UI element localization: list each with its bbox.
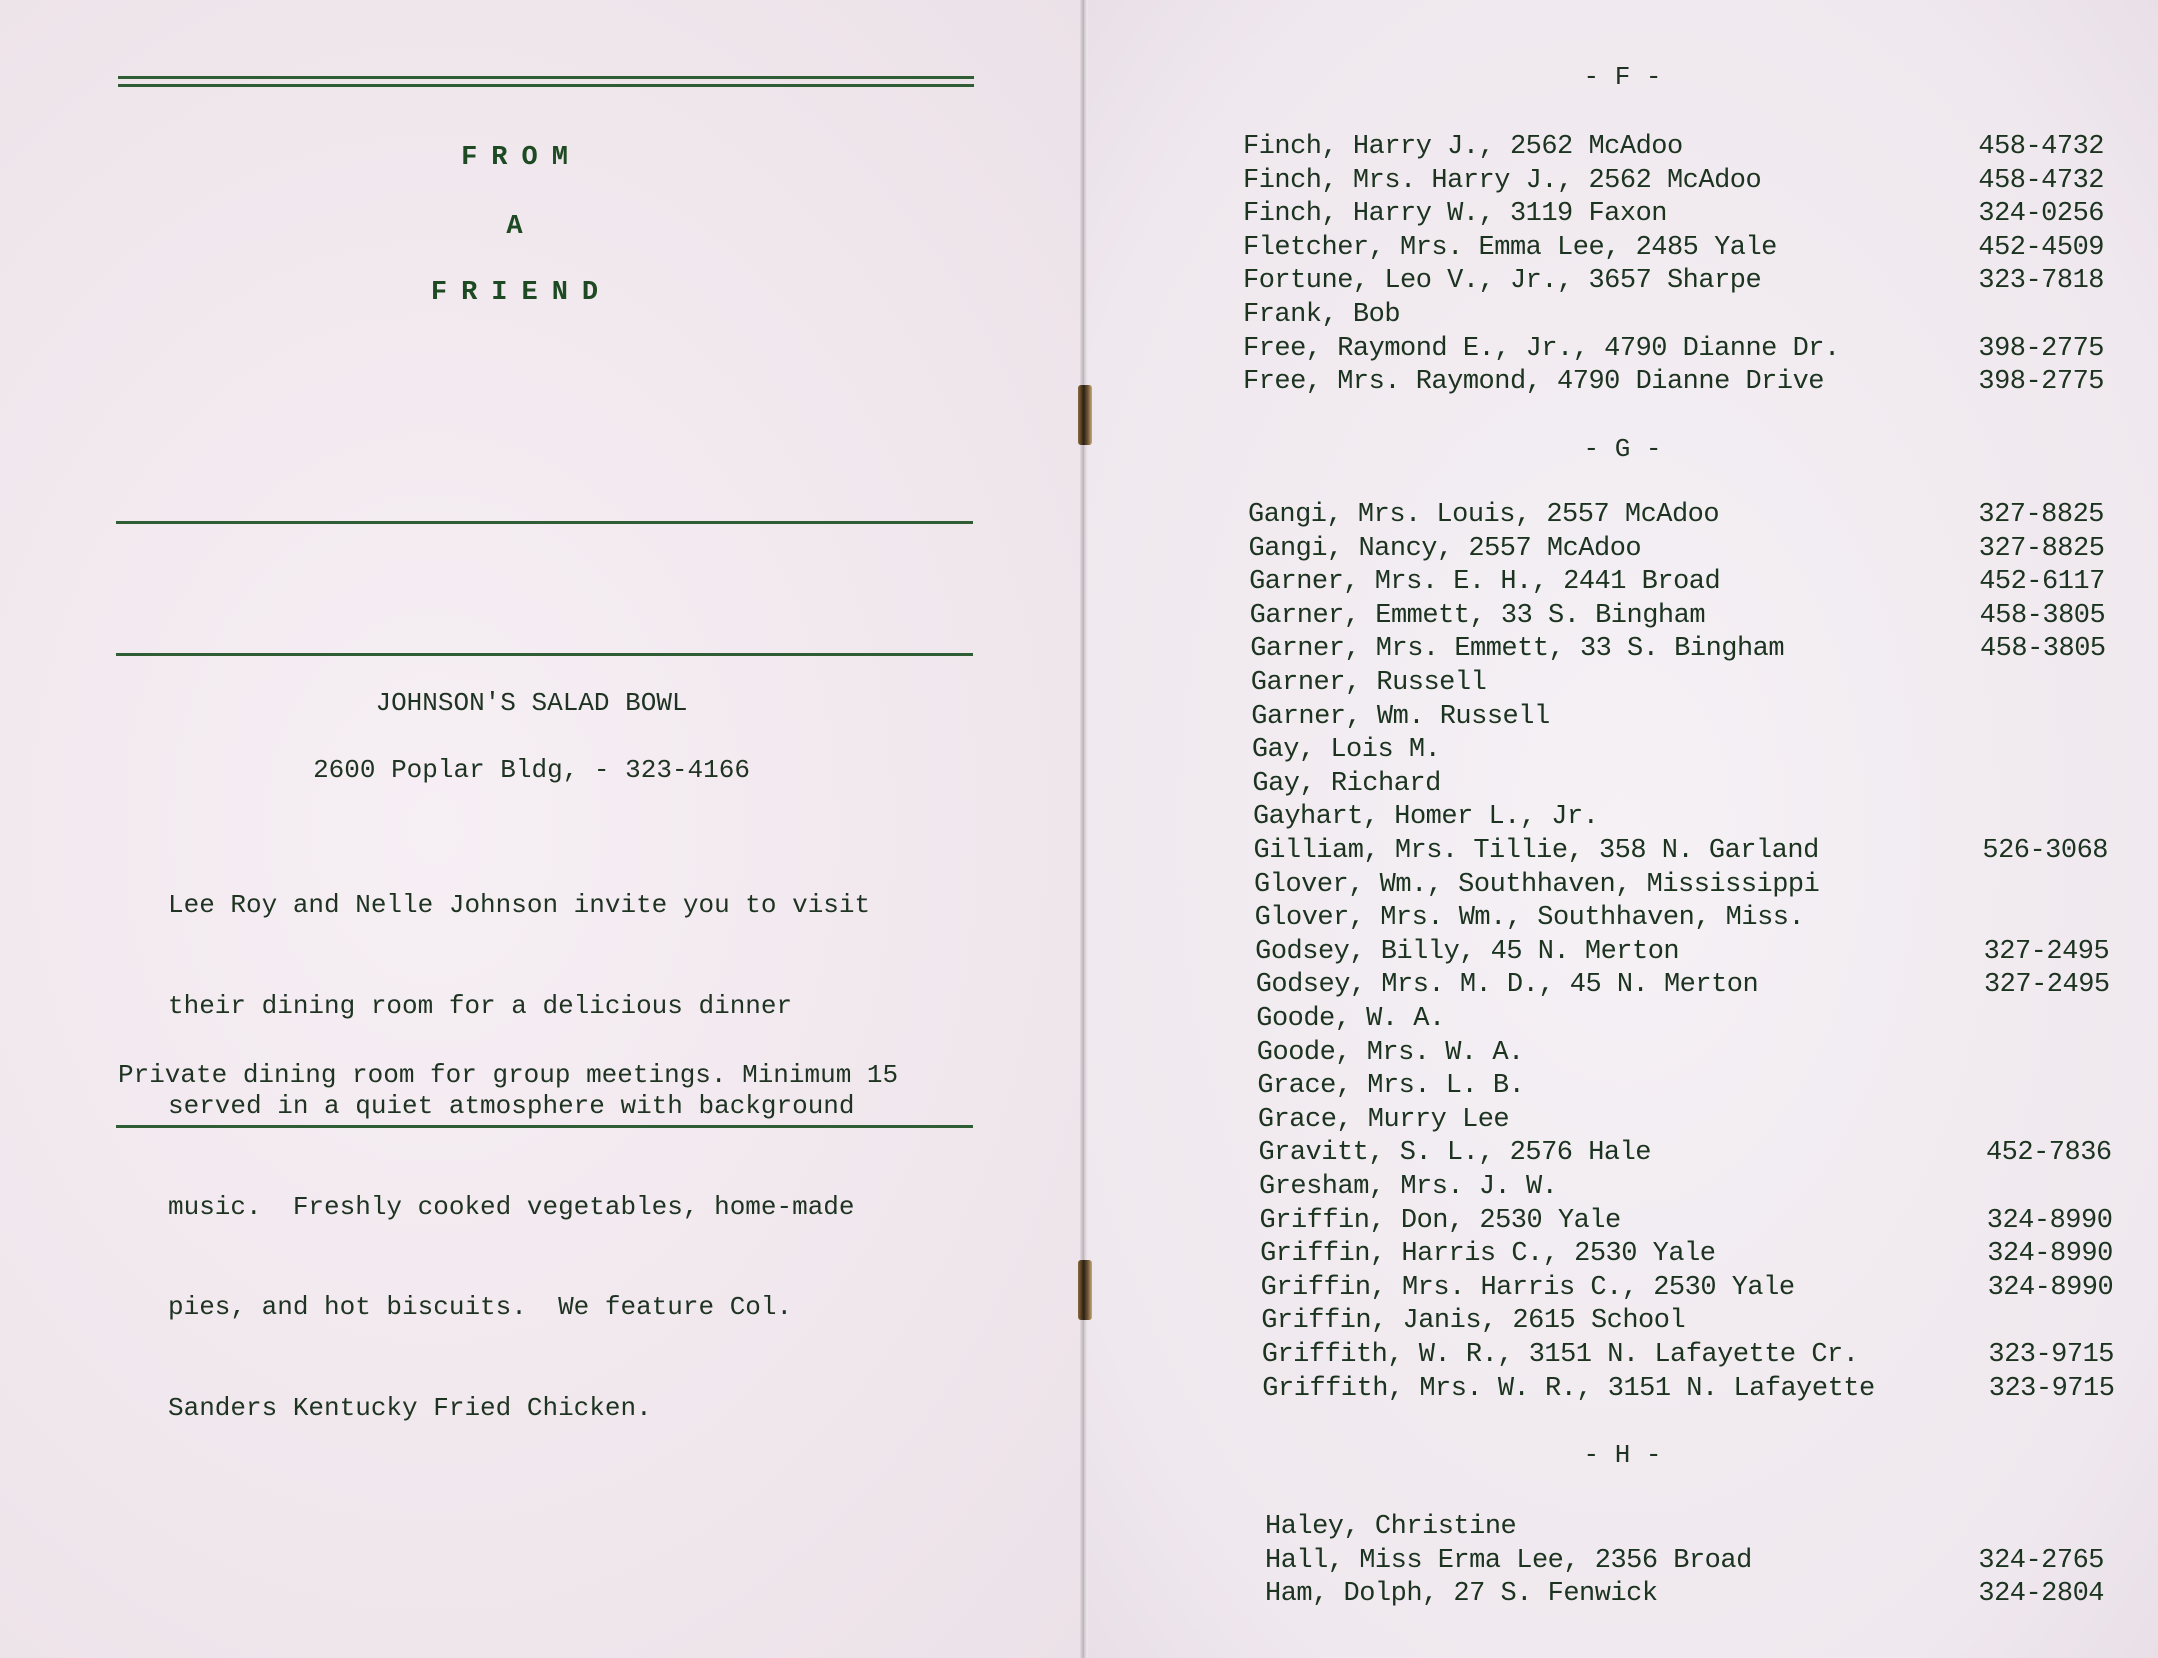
directory-entry-phone: 458-3805 bbox=[1980, 634, 2106, 664]
directory-entry-name: Gangi, Mrs. Louis, 2557 McAdoo bbox=[1248, 500, 1719, 530]
ad1-top-rule bbox=[118, 76, 974, 79]
directory-entry-name: Frank, Bob bbox=[1243, 300, 1400, 330]
directory-entry-name: Fortune, Leo V., Jr., 3657 Sharpe bbox=[1243, 266, 1761, 296]
directory-entry-name: Garner, Mrs. Emmett, 33 S. Bingham bbox=[1250, 634, 1784, 664]
directory-entry-name: Goode, Mrs. W. A. bbox=[1257, 1038, 1524, 1068]
directory-entry-phone: 324-8990 bbox=[1988, 1273, 2114, 1303]
directory-entry-phone: 458-4732 bbox=[1978, 132, 2104, 162]
directory-entry-name: Glover, Wm., Southhaven, Mississippi bbox=[1254, 870, 1819, 900]
directory-entry-name: Grace, Mrs. L. B. bbox=[1257, 1071, 1524, 1101]
directory-entry-phone: 324-0256 bbox=[1978, 199, 2104, 229]
directory-entry-name: Fletcher, Mrs. Emma Lee, 2485 Yale bbox=[1243, 233, 1777, 263]
section-heading: - G - bbox=[1087, 434, 2158, 464]
directory-entry-name: Garner, Emmett, 33 S. Bingham bbox=[1250, 601, 1705, 631]
ad1-line-1: FROM bbox=[0, 143, 1063, 173]
description-line: music. Freshly cooked vegetables, home-m… bbox=[168, 1191, 870, 1225]
directory-entry-phone: 324-8990 bbox=[1987, 1206, 2113, 1236]
business-description: Lee Roy and Nelle Johnson invite you to … bbox=[168, 822, 870, 1459]
directory-entry-name: Gresham, Mrs. J. W. bbox=[1259, 1172, 1557, 1202]
directory-entry-name: Garner, Russell bbox=[1251, 668, 1487, 698]
directory-entry-name: Griffith, W. R., 3151 N. Lafayette Cr. bbox=[1262, 1340, 1859, 1370]
directory-entry-phone: 324-8990 bbox=[1987, 1239, 2113, 1269]
directory-entry-phone: 452-4509 bbox=[1978, 233, 2104, 263]
description-line: pies, and hot biscuits. We feature Col. bbox=[168, 1291, 870, 1325]
directory-entry-phone: 323-7818 bbox=[1978, 266, 2104, 296]
directory-entry-phone: 327-8825 bbox=[1979, 534, 2105, 564]
business-address-phone: 2600 Poplar Bldg, - 323-4166 bbox=[0, 755, 1073, 785]
directory-entry-name: Gangi, Nancy, 2557 McAdoo bbox=[1249, 534, 1642, 564]
directory-entry-phone: 327-8825 bbox=[1978, 500, 2104, 530]
directory-entry-name: Griffin, Janis, 2615 School bbox=[1261, 1306, 1685, 1336]
directory-entry-name: Gay, Richard bbox=[1252, 769, 1440, 799]
staple-bottom bbox=[1078, 1260, 1092, 1320]
directory-entry-phone: 327-2495 bbox=[1984, 970, 2110, 1000]
directory-entry-name: Free, Raymond E., Jr., 4790 Dianne Dr. bbox=[1243, 334, 1840, 364]
ad2-bottom-rule bbox=[116, 1125, 973, 1128]
directory-entry-name: Grace, Murry Lee bbox=[1258, 1105, 1509, 1135]
description-line: Sanders Kentucky Fried Chicken. bbox=[168, 1392, 870, 1426]
directory-entry-name: Griffith, Mrs. W. R., 3151 N. Lafayette bbox=[1262, 1374, 1874, 1404]
ad1-bottom-rule bbox=[116, 521, 973, 524]
directory-entry-name: Godsey, Mrs. M. D., 45 N. Merton bbox=[1256, 970, 1758, 1000]
directory-entry-phone: 526-3068 bbox=[1982, 836, 2108, 866]
directory-entry-name: Gay, Lois M. bbox=[1252, 735, 1440, 765]
directory-entry-name: Glover, Mrs. Wm., Southhaven, Miss. bbox=[1255, 903, 1805, 933]
business-note: Private dining room for group meetings. … bbox=[118, 1060, 898, 1090]
directory-entry-phone: 452-7836 bbox=[1986, 1138, 2112, 1168]
directory-entry-name: Finch, Mrs. Harry J., 2562 McAdoo bbox=[1243, 166, 1761, 196]
directory-entry-name: Goode, W. A. bbox=[1256, 1004, 1444, 1034]
directory-entry-name: Griffin, Harris C., 2530 Yale bbox=[1260, 1239, 1715, 1269]
directory-entry-name: Griffin, Mrs. Harris C., 2530 Yale bbox=[1261, 1273, 1795, 1303]
business-name: JOHNSON'S SALAD BOWL bbox=[0, 688, 1073, 718]
ad1-line-3: FRIEND bbox=[0, 278, 1063, 308]
directory-entry-name: Ham, Dolph, 27 S. Fenwick bbox=[1265, 1579, 1658, 1609]
directory-entry-phone: 398-2775 bbox=[1978, 334, 2104, 364]
directory-entry-phone: 398-2775 bbox=[1978, 367, 2104, 397]
directory-entry-name: Finch, Harry J., 2562 McAdoo bbox=[1243, 132, 1683, 162]
directory-entry-name: Free, Mrs. Raymond, 4790 Dianne Drive bbox=[1243, 367, 1824, 397]
directory-entry-name: Gravitt, S. L., 2576 Hale bbox=[1258, 1138, 1651, 1168]
directory-entry-name: Finch, Harry W., 3119 Faxon bbox=[1243, 199, 1667, 229]
book-spine bbox=[1080, 0, 1088, 1658]
directory-entry-name: Hall, Miss Erma Lee, 2356 Broad bbox=[1265, 1546, 1752, 1576]
directory-entry-name: Griffin, Don, 2530 Yale bbox=[1260, 1206, 1621, 1236]
description-line: their dining room for a delicious dinner bbox=[168, 990, 870, 1024]
directory-entry-name: Haley, Christine bbox=[1265, 1512, 1516, 1542]
section-heading: - H - bbox=[1087, 1440, 2158, 1470]
directory-entry-phone: 323-9715 bbox=[1988, 1340, 2114, 1370]
directory-entry-name: Garner, Mrs. E. H., 2441 Broad bbox=[1249, 567, 1720, 597]
directory-entry-name: Gilliam, Mrs. Tillie, 358 N. Garland bbox=[1254, 836, 1819, 866]
description-line: served in a quiet atmosphere with backgr… bbox=[168, 1090, 870, 1124]
description-line: Lee Roy and Nelle Johnson invite you to … bbox=[168, 889, 870, 923]
directory-entry-name: Gayhart, Homer L., Jr. bbox=[1253, 802, 1598, 832]
ad1-line-2: A bbox=[0, 212, 1063, 242]
directory-entry-phone: 323-9715 bbox=[1989, 1374, 2115, 1404]
section-heading: - F - bbox=[1087, 62, 2158, 92]
directory-entry-name: Godsey, Billy, 45 N. Merton bbox=[1255, 937, 1679, 967]
directory-entry-name: Garner, Wm. Russell bbox=[1251, 702, 1549, 732]
directory-entry-phone: 327-2495 bbox=[1984, 937, 2110, 967]
directory-entry-phone: 324-2765 bbox=[1978, 1546, 2104, 1576]
directory-entry-phone: 452-6117 bbox=[1979, 567, 2105, 597]
directory-entry-phone: 458-3805 bbox=[1980, 601, 2106, 631]
directory-entry-phone: 324-2804 bbox=[1978, 1579, 2104, 1609]
ad2-top-rule bbox=[116, 653, 973, 656]
directory-entry-phone: 458-4732 bbox=[1978, 166, 2104, 196]
